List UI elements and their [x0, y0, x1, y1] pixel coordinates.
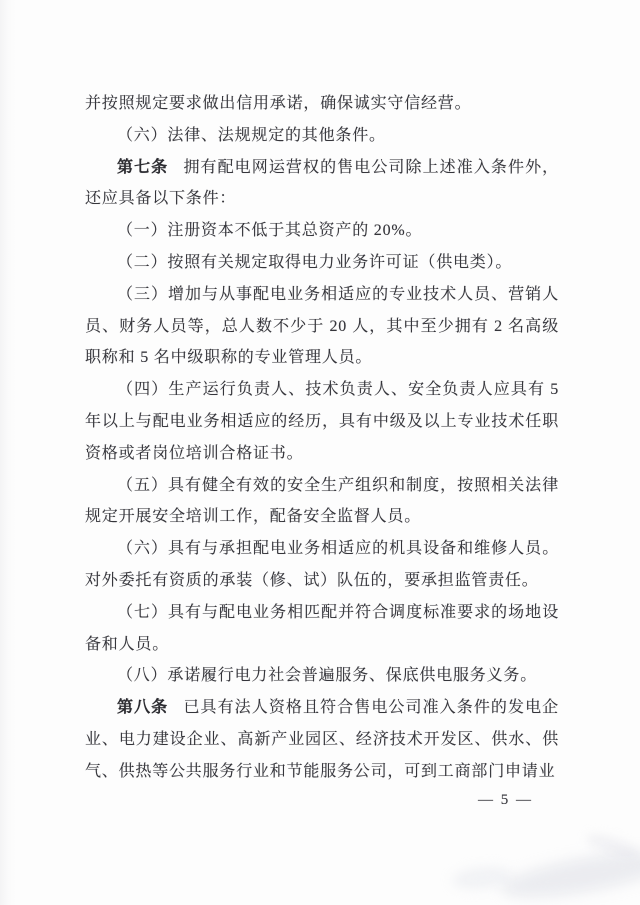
- paragraph: （四）生产运行负责人、技术负责人、安全负责人应具有 5 年以上与配电业务相适应的…: [85, 374, 559, 469]
- paragraph: （三）增加与从事配电业务相适应的专业技术人员、营销人员、财务人员等，总人数不少于…: [85, 279, 559, 374]
- paragraph: 第七条拥有配电网运营权的售电公司除上述准入条件外，还应具备以下条件：: [85, 152, 559, 216]
- paragraph: （一）注册资本不低于其总资产的 20%。: [85, 215, 559, 247]
- scanned-page: 并按照规定要求做出信用承诺，确保诚实守信经营。（六）法律、法规规定的其他条件。第…: [0, 0, 640, 905]
- paragraph: （八）承诺履行电力社会普遍服务、保底供电服务义务。: [85, 660, 559, 692]
- document-body: 并按照规定要求做出信用承诺，确保诚实守信经营。（六）法律、法规规定的其他条件。第…: [85, 88, 559, 788]
- paragraph: （七）具有与配电业务相匹配并符合调度标准要求的场地设备和人员。: [85, 597, 559, 661]
- paragraph: （六）法律、法规规定的其他条件。: [85, 120, 559, 152]
- paragraph: 第八条已具有法人资格且符合售电公司准入条件的发电企业、电力建设企业、高新产业园区…: [85, 692, 559, 787]
- paragraph: （五）具有健全有效的安全生产组织和制度，按照相关法律规定开展安全培训工作，配备安…: [85, 470, 559, 534]
- article-number: 第八条: [117, 699, 168, 716]
- article-number: 第七条: [117, 159, 168, 176]
- paragraph: （六）具有与承担配电业务相适应的机具设备和维修人员。对外委托有资质的承装（修、试…: [85, 533, 559, 597]
- page-number: — 5 —: [478, 792, 548, 809]
- paragraph: （二）按照有关规定取得电力业务许可证（供电类）。: [85, 247, 559, 279]
- paragraph: 并按照规定要求做出信用承诺，确保诚实守信经营。: [85, 88, 559, 120]
